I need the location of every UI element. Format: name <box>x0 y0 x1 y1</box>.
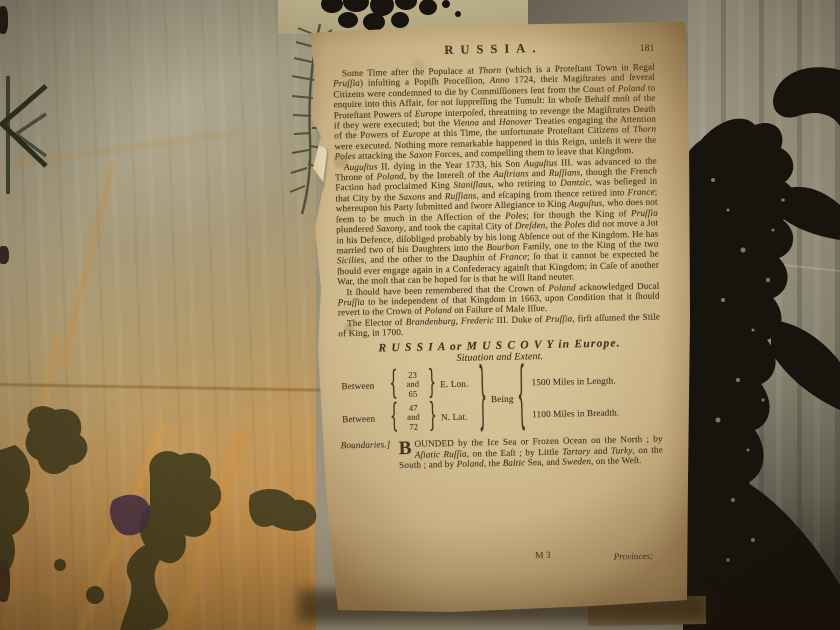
fabric-black-print-motif <box>683 0 840 630</box>
extent-breadth: 1100 Miles in Breadth. <box>532 407 619 419</box>
extent-row-label: Between <box>341 380 387 391</box>
extent-row-label: Between <box>342 413 388 424</box>
fabric-olive-blotch-motif <box>0 360 332 630</box>
situation-extent-table: Between { 23 and 65 } E. Lon. Between <box>341 363 662 436</box>
extent-coordinate-label: N. Lat. <box>441 411 477 422</box>
extent-degree-values: 47 and 72 <box>400 403 427 432</box>
extent-row-longitude: Between { 23 and 65 } E. Lon. <box>341 367 476 403</box>
page-inner: RUSSIA. 181 Some Time after the Populace… <box>296 14 698 618</box>
fabric-dark-mark <box>0 6 8 34</box>
photo-canvas: RUSSIA. 181 Some Time after the Populace… <box>0 0 840 630</box>
printed-text-block: RUSSIA. 181 Some Time after the Populace… <box>332 41 663 472</box>
boundaries-paragraph: Boundaries.] B OUNDED by the Ice Sea or … <box>341 434 664 472</box>
signature-mark: M 3 <box>535 551 551 561</box>
open-brace-glyph: { <box>517 362 527 435</box>
extent-degree-values: 23 and 65 <box>400 370 427 399</box>
close-brace-glyph: } <box>428 401 437 434</box>
open-brace-glyph: { <box>389 369 398 402</box>
close-brace-glyph: } <box>478 363 488 436</box>
boundaries-text: OUNDED by the Ice Sea or Frozen Ocean on… <box>399 434 663 470</box>
catchword: Provinces; <box>613 551 653 562</box>
degree-value: 72 <box>409 422 418 432</box>
running-head-title: RUSSIA. <box>332 41 654 58</box>
extent-coordinate-label: E. Lon. <box>440 378 476 389</box>
book-page: RUSSIA. 181 Some Time after the Populace… <box>302 18 692 614</box>
paragraph-augustus: Auguſtus II. dying in the Year 1733, his… <box>335 155 660 287</box>
drop-cap: B <box>399 439 412 459</box>
extent-rows: Between { 23 and 65 } E. Lon. Between <box>341 367 477 436</box>
degree-value: 65 <box>409 389 418 399</box>
open-brace-glyph: { <box>390 402 399 435</box>
extent-length: 1500 Miles in Length. <box>531 376 618 388</box>
extent-connector: Being <box>491 394 514 405</box>
page-number: 181 <box>640 44 655 55</box>
fabric-dark-mark <box>0 246 9 264</box>
close-brace-glyph: } <box>427 368 436 401</box>
extent-results: 1500 Miles in Length. 1100 Miles in Brea… <box>531 376 619 420</box>
paragraph-thorn-tumult: Some Time after the Populace at Thorn (w… <box>333 62 657 162</box>
boundaries-side-label: Boundaries.] <box>341 439 399 461</box>
fabric-chevron-motif <box>0 76 54 198</box>
extent-row-latitude: Between { 47 and 72 } N. Lat. <box>342 400 477 436</box>
